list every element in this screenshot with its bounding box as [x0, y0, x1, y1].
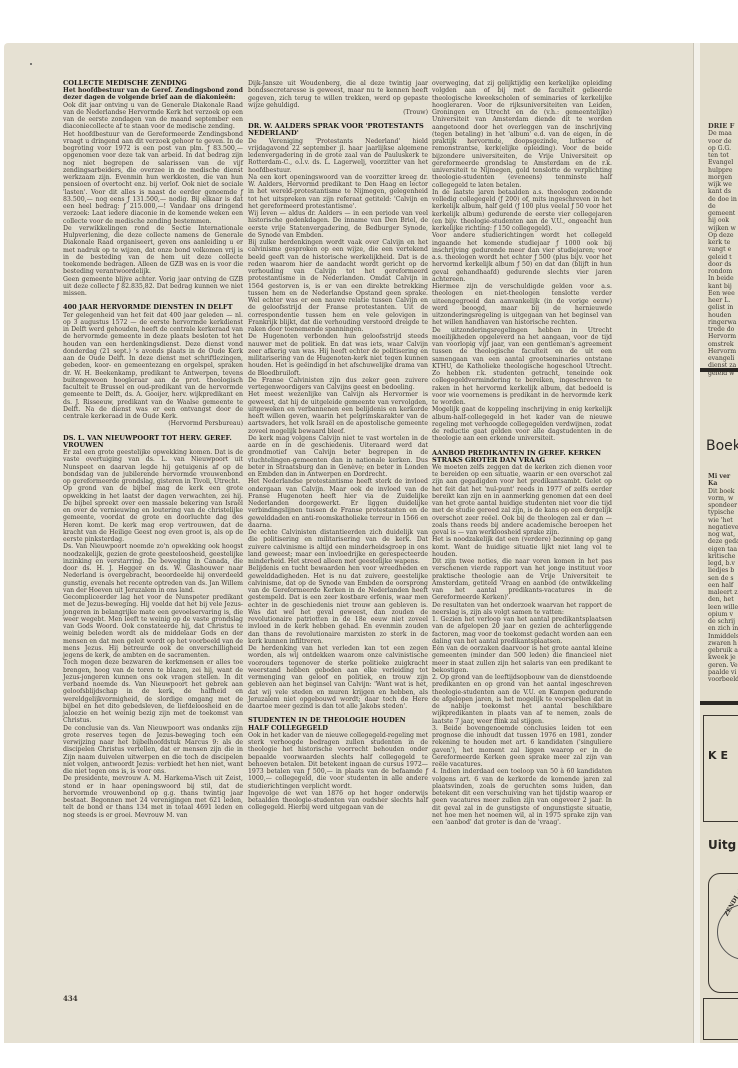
paragraph: Ook dit jaar ontving u van de Generale D…: [63, 102, 243, 131]
paragraph: Op grond van de bijbel mag de kerk een g…: [63, 485, 243, 543]
paragraph: De Vereniging 'Protestants Nederland' hi…: [248, 138, 428, 174]
stamp-box: ZENDI · VOO: [708, 873, 738, 993]
paragraph: Hiermee zijn de verschuldigde gelden voo…: [432, 283, 612, 327]
paragraph: De presidente, mevrouw A. M. Harkema-Vis…: [63, 775, 243, 819]
paragraph: Belijdenis en tucht bewaarden hen voor w…: [248, 565, 428, 645]
article-title-aanbod: AANBOD PREDIKANTEN IN GEREF. KERKEN STRA…: [432, 450, 612, 464]
paragraph: Het hoofdbestuur van de Gereformeerde Ze…: [63, 131, 243, 225]
paragraph: Het is noodzakelijk dat een (verdere) be…: [432, 536, 612, 558]
paragraph: Het Nederlandse protestantisme heeft ste…: [248, 478, 428, 529]
paragraph: Het meest wezenlijke van Calvijn als Her…: [248, 391, 428, 435]
paragraph: Ingevolge de wet van 1876 op het hoger o…: [248, 790, 428, 812]
facing-page: DRIE F De maa voor de op G.G. ten tot Ev…: [700, 43, 738, 1043]
paragraph: De uitzonderingsregelingen hebben in Utr…: [432, 327, 612, 407]
facing-paragraph: De maa voor de op G.G. ten tot Evangel h…: [708, 130, 738, 377]
paragraph: Dijk-Jansze uit Woudenberg, die al deze …: [248, 80, 428, 109]
column-2: Dijk-Jansze uit Woudenberg, die al deze …: [248, 80, 428, 812]
column-3: overweging, dat zij gelijktijdig een ker…: [432, 80, 612, 826]
paragraph: Voor andere studierichtingen wordt het c…: [432, 232, 612, 283]
ad-box: [703, 715, 738, 822]
facing-column: DRIE F De maa voor de op G.G. ten tot Ev…: [708, 123, 738, 377]
rule-divider: [700, 368, 738, 372]
paragraph: Dit zijn twee noties, die naar voren kom…: [432, 558, 612, 602]
article-title-delft: 400 JAAR HERVORMDE DIENSTEN IN DELFT: [63, 304, 243, 311]
article-title-nieuwpoort: Ds. L. VAN NIEUWPOORT TOT HERV. GEREF. V…: [63, 435, 243, 449]
page-number: 434: [63, 994, 78, 1003]
paragraph: De Franse Calvinisten zijn dus zeker gee…: [248, 377, 428, 392]
paragraph: De echte Calvinisten distantieerden zich…: [248, 529, 428, 565]
paragraph: De Hugenoten verbonden hun geloofsstrijd…: [248, 333, 428, 377]
paragraph: Er zal een grote geestelijke opwekking k…: [63, 449, 243, 485]
boek-subtitle: Mi ver Ka: [708, 473, 738, 488]
paragraph: We moeten zelfs zeggen dat de kerken zic…: [432, 464, 612, 537]
column-1: COLLECTE MEDISCHE ZENDING Het hoofdbestu…: [63, 80, 243, 819]
paragraph: 4. Indien inderdaad een toeloop van 50 à…: [432, 768, 612, 826]
paragraph: Mogelijk gaat de koppeling inschrijving …: [432, 406, 612, 442]
boek-text: Dit boek vorm, w spondeer typische wie '…: [708, 488, 738, 684]
paragraph: De resultaten van het onderzoek waarvan …: [432, 602, 612, 617]
boek-heading: Boek: [706, 438, 738, 454]
article-title-aalders: Dr. W. AALDERS SPRAK VOOR 'PROTESTANTS N…: [248, 123, 428, 137]
paragraph: 2. Op grond van de leeftijdsopbouw van d…: [432, 674, 612, 725]
article-lead: Het hoofdbestuur van de Geref. Zendingsb…: [63, 87, 243, 102]
paragraph: 3. Beide bovengenoemde conclusies leiden…: [432, 725, 612, 769]
paragraph: De kerk mag volgens Calvijn niet te vast…: [248, 435, 428, 479]
paragraph: De verwikkelingen rond de Sectie Interna…: [63, 225, 243, 276]
paragraph: Gecompliceerder lag het voor de Nunspete…: [63, 594, 243, 659]
article-title-studenten: STUDENTEN IN DE THEOLOGIE HOUDEN HALF CO…: [248, 717, 428, 731]
paragraph: Eén van de oorzaken daarvoor is het grot…: [432, 645, 612, 674]
ad-title: KE: [708, 749, 732, 762]
facing-article-title: DRIE F: [708, 123, 738, 130]
article-source: (Trouw): [248, 109, 428, 116]
paragraph: Ter gelegenheid van het feit dat 400 jaa…: [63, 312, 243, 421]
paragraph: De herdenking van het verleden kan tot e…: [248, 645, 428, 710]
boek-column: Mi ver Ka Dit boek vorm, w spondeer typi…: [708, 473, 738, 683]
ad-box-bottom: [703, 998, 738, 1040]
paragraph: 1. Gezien het verloop van het aantal pre…: [432, 616, 612, 645]
ad-publisher: Uitg: [708, 838, 736, 852]
paragraph: Wij leven — aldus dr. Aalders — in een p…: [248, 210, 428, 239]
paragraph: Na een kort openingswoord van de voorzit…: [248, 174, 428, 210]
article-title-collecte: COLLECTE MEDISCHE ZENDING: [63, 80, 243, 87]
rule-divider: [700, 701, 738, 705]
paragraph: Toch mogen deze bezwaren de kerkmensen e…: [63, 659, 243, 724]
article-source: (Hervormd Persbureau): [63, 420, 243, 427]
scan-speck: [30, 63, 32, 65]
paragraph: Ook in het kader van de nieuwe collegege…: [248, 732, 428, 790]
paragraph: overweging, dat zij gelijktijdig een ker…: [432, 80, 612, 189]
paragraph: In de laatste jaren betaalden a.s. theol…: [432, 189, 612, 233]
paragraph: Bij zulke herdenkingen wordt vaak over C…: [248, 239, 428, 333]
paragraph: Ds. Van Nieuwpoort noemde zo'n opwekking…: [63, 543, 243, 594]
paragraph: Geen gemeente blijve achter. Vorig jaar …: [63, 276, 243, 298]
paragraph: De conclusie van ds. Van Nieuwpoort was …: [63, 725, 243, 776]
